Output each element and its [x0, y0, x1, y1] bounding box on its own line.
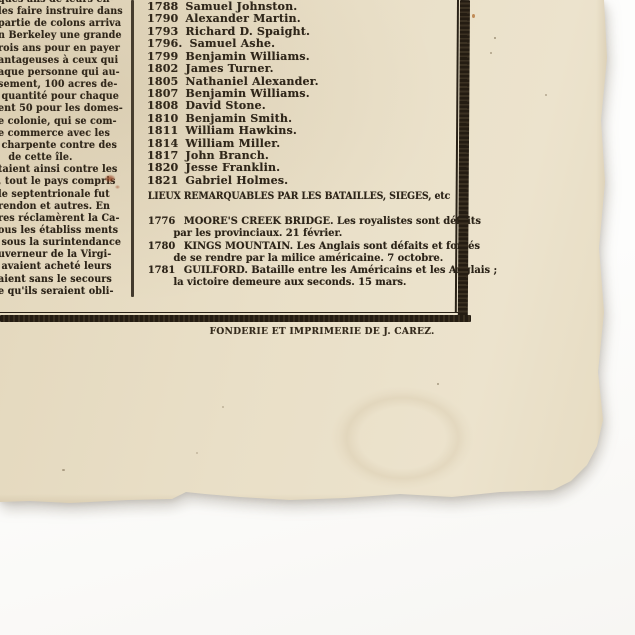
left-text-column: ques ans de leurs en-les faire instruire… — [0, 0, 124, 299]
battle-year: 1781 — [148, 264, 175, 276]
left-column-line: charpente contre des — [0, 139, 124, 151]
battle-entry-line1: 1780KINGS MOUNTAIN. Les Anglais sont déf… — [143, 240, 457, 252]
governor-name: William Hawkins. — [185, 124, 296, 137]
battle-text: MOORE'S CREEK BRIDGE. Les royalistes son… — [184, 215, 481, 227]
governor-name: Nathaniel Alexander. — [185, 75, 318, 88]
battles-heading: LIEUX REMARQUABLES PAR LES BATAILLES, SI… — [143, 191, 457, 202]
foxing-speck — [222, 406, 224, 408]
left-column-line: e qu'ils seraient obli- — [0, 285, 124, 297]
left-column-line: aient sans le secours — [0, 273, 124, 285]
foxing-speck — [437, 383, 439, 385]
battle-year: 1776 — [148, 215, 175, 227]
governor-year: 1796. — [147, 38, 182, 50]
left-column-line: rois ans pour en payer — [0, 42, 124, 54]
foxing-speck — [472, 14, 475, 18]
governor-year: 1808 — [147, 100, 178, 112]
battle-text-continuation: par les provinciaux. 21 février. — [143, 227, 457, 239]
printer-imprint: FONDERIE ET IMPRIMERIE DE J. CAREZ. — [208, 326, 436, 337]
battle-text-continuation: la victoire demeure aux seconds. 15 mars… — [143, 276, 457, 288]
battle-entry: 1780KINGS MOUNTAIN. Les Anglais sont déf… — [143, 240, 457, 265]
battle-entry: 1781GUILFORD. Bataille entre les América… — [143, 264, 457, 289]
battles-section: LIEUX REMARQUABLES PAR LES BATAILLES, SI… — [143, 191, 457, 289]
governor-name: Benjamin Williams. — [185, 87, 309, 100]
left-column-line: res réclamèrent la Ca- — [0, 212, 124, 224]
left-column-line: quantité pour chaque — [0, 90, 124, 102]
paper-sheet: ques ans de leurs en-les faire instruire… — [0, 0, 612, 508]
left-column-line: n Berkeley une grande — [0, 29, 124, 41]
left-column-line: sous la surintendance — [0, 236, 124, 248]
governor-year: 1811 — [147, 125, 178, 137]
left-column-line: e colonie, qui se com- — [0, 115, 124, 127]
red-ink-stain-small — [115, 185, 120, 189]
foxing-speck — [494, 37, 496, 39]
battle-entry-line1: 1776MOORE'S CREEK BRIDGE. Les royalistes… — [143, 215, 457, 227]
governor-name: John Branch. — [185, 149, 269, 162]
left-column-line: aque personne qui au- — [0, 66, 124, 78]
left-column-line: taient ainsi contre les — [0, 163, 124, 175]
foxing-speck — [490, 52, 492, 54]
governor-year: 1790 — [147, 13, 178, 25]
governors-list: 1788Samuel Johnston.1790Alexander Martin… — [147, 1, 319, 187]
column-divider-rule — [131, 0, 134, 297]
left-column-line: ent 50 pour les domes- — [0, 102, 124, 114]
left-column-line: les faire instruire dans — [0, 5, 124, 17]
governor-name: Richard D. Spaight. — [185, 25, 310, 38]
governor-name: Benjamin Smith. — [185, 112, 292, 125]
battle-text-continuation: de se rendre par la milice américaine. 7… — [143, 252, 457, 264]
left-column-line: avaient acheté leurs — [0, 260, 124, 272]
left-column-line: rendon et autres. En — [0, 200, 124, 212]
frame-bottom-outer-rule — [0, 315, 471, 322]
photo-backdrop: ques ans de leurs en-les faire instruire… — [0, 0, 635, 635]
paper-sheet-wrap: ques ans de leurs en-les faire instruire… — [0, 0, 635, 635]
foxing-speck — [196, 452, 198, 454]
governor-name: Alexander Martin. — [185, 12, 300, 25]
governor-name: William Miller. — [185, 137, 280, 150]
governor-name: Samuel Johnston. — [185, 0, 297, 13]
left-column-line: e commerce avec les — [0, 127, 124, 139]
governor-row: 1821Gabriel Holmes. — [147, 175, 319, 187]
governor-name: David Stone. — [185, 99, 265, 112]
governor-name: Jesse Franklin. — [185, 161, 280, 174]
frame-bottom-inner-rule — [0, 312, 458, 314]
foxing-speck — [545, 94, 547, 96]
governor-name: Samuel Ashe. — [189, 37, 275, 50]
left-column-line: le septentrionale fut — [0, 188, 124, 200]
governor-name: James Turner. — [185, 62, 273, 75]
battle-year: 1780 — [148, 240, 175, 252]
left-column-line: de cette île. — [0, 151, 124, 163]
battle-entry-line1: 1781GUILFORD. Bataille entre les América… — [143, 264, 457, 276]
foxing-speck — [62, 469, 65, 471]
left-column-line: sement, 100 acres de- — [0, 78, 124, 90]
left-column-line: antageuses à ceux qui — [0, 54, 124, 66]
governor-name: Benjamin Williams. — [185, 50, 309, 63]
battle-text: KINGS MOUNTAIN. Les Anglais sont défaits… — [184, 240, 480, 252]
left-column-line: uverneur de la Virgi- — [0, 248, 124, 260]
left-column-line: partie de colons arriva — [0, 17, 124, 29]
governor-year: 1821 — [147, 175, 178, 187]
red-ink-stain — [105, 175, 115, 182]
left-column-line: ous les établiss ments — [0, 224, 124, 236]
battle-text: GUILFORD. Bataille entre les Américains … — [184, 264, 497, 276]
water-stain — [325, 382, 480, 494]
governor-year: 1802 — [147, 63, 178, 75]
battle-entry: 1776MOORE'S CREEK BRIDGE. Les royalistes… — [143, 215, 457, 240]
governor-name: Gabriel Holmes. — [185, 174, 288, 187]
battle-entries: 1776MOORE'S CREEK BRIDGE. Les royalistes… — [143, 215, 457, 289]
